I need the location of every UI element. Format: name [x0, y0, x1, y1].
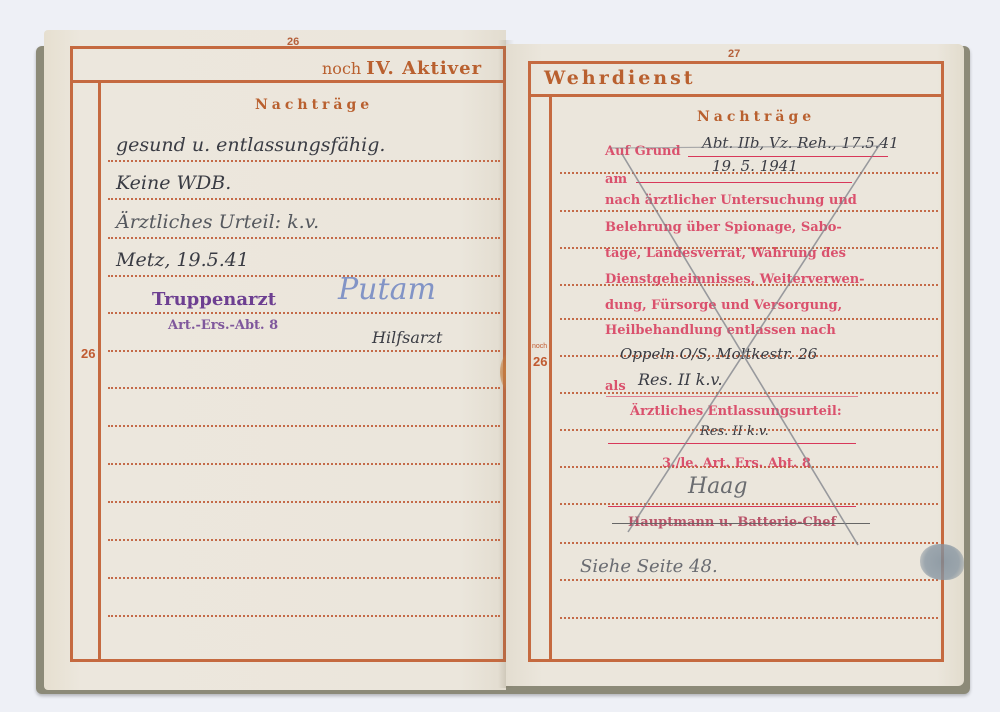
cancellation-cross: [0, 0, 1000, 712]
